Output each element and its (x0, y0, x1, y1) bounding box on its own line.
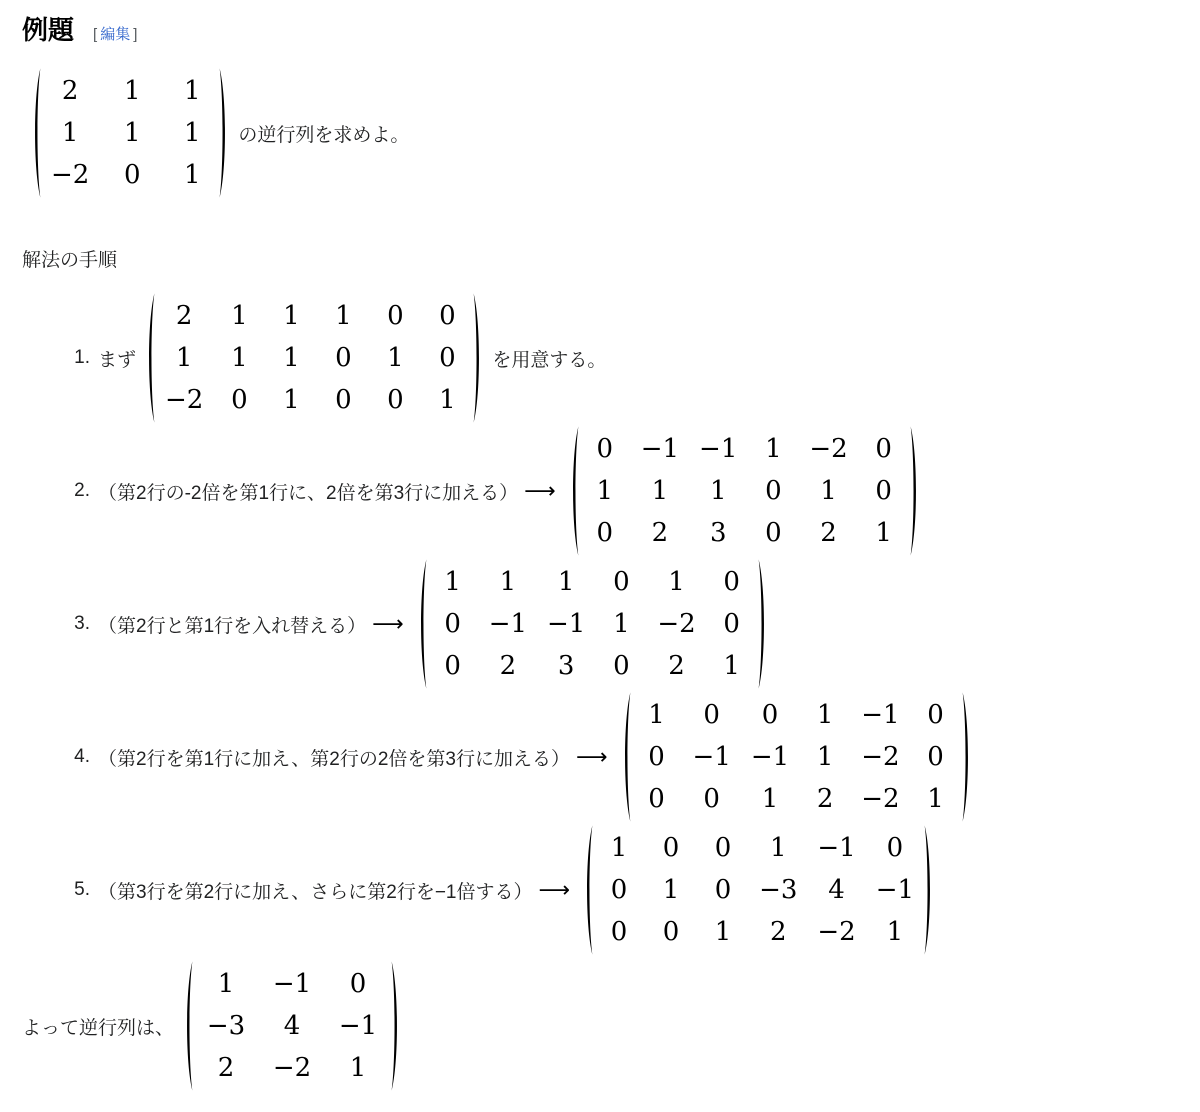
step-item-3: 3. （第2行と第1行を入れ替える） ⟶ 1110100−1−11−200230… (64, 558, 1190, 690)
matrix-cell: 0 (707, 869, 739, 911)
matrix-cell: 0 (693, 778, 731, 820)
matrix-cell: 1 (920, 778, 952, 820)
matrix-cell: −2 (861, 778, 899, 820)
matrix-cell: 1 (809, 736, 841, 778)
conclusion: よって逆行列は、 1−10−34−12−21 (22, 960, 1190, 1092)
matrix-cell: 0 (641, 778, 673, 820)
matrix-left-paren (144, 292, 157, 424)
matrix-right-paren (922, 824, 935, 956)
matrix-cell: 0 (603, 869, 635, 911)
steps-title: 解法の手順 (22, 245, 1190, 272)
long-right-arrow: ⟶ (576, 744, 608, 770)
matrix-cell: 1 (707, 911, 739, 953)
step-item-1: 1. まず 211100111010−201001 を用意する。 (64, 292, 1190, 424)
section-title: 例題 (22, 10, 74, 47)
matrix-left-paren (416, 558, 429, 690)
matrix-cell: 0 (605, 645, 637, 687)
matrix-cell: 0 (707, 827, 739, 869)
matrix-cell: 1 (809, 694, 841, 736)
matrix-cell: 0 (868, 428, 900, 470)
matrix-grid: 211111−201 (43, 67, 217, 199)
matrix-right-paren (471, 292, 484, 424)
edit-open-bracket: [ (93, 26, 97, 43)
matrix-cell: −1 (547, 603, 585, 645)
matrix-left-paren (620, 691, 633, 823)
matrix-cell: 1 (115, 112, 149, 154)
step-number: 3. (64, 613, 90, 635)
matrix-cell: 3 (547, 645, 585, 687)
matrix-cell: −1 (269, 963, 315, 1005)
matrix-cell: −2 (51, 154, 89, 196)
matrix-cell: 1 (223, 337, 255, 379)
matrix-cell: −2 (165, 379, 203, 421)
matrix-cell: 1 (327, 295, 359, 337)
matrix-cell: 1 (437, 561, 469, 603)
matrix-cell: 2 (203, 1047, 249, 1089)
matrix-grid: 1−10−34−12−21 (195, 960, 389, 1092)
edit-link[interactable]: 編集 (100, 26, 130, 43)
step-item-5: 5. （第3行を第2行に加え、さらに第2行を−1倍する） ⟶ 1001−1001… (64, 824, 1190, 956)
matrix-cell: 4 (269, 1005, 315, 1047)
matrix-cell: 2 (657, 645, 695, 687)
matrix-cell: 1 (203, 963, 249, 1005)
matrix-cell: 1 (175, 70, 209, 112)
matrix-grid: 0−1−11−20111010023021 (581, 425, 908, 557)
matrix-cell: 1 (751, 778, 789, 820)
matrix-cell: 1 (223, 295, 255, 337)
matrix-cell: 0 (431, 295, 463, 337)
problem-statement: 211111−201 の逆行列を求めよ。 (22, 67, 1190, 199)
matrix-cell: 0 (327, 379, 359, 421)
matrix-cell: 1 (431, 379, 463, 421)
matrix-cell: −2 (269, 1047, 315, 1089)
matrix-cell: 0 (868, 470, 900, 512)
matrix-cell: 0 (379, 295, 411, 337)
step-matrix: 1110100−1−11−20023021 (416, 558, 769, 690)
matrix-cell: −2 (657, 603, 695, 645)
matrix-cell: 0 (603, 911, 635, 953)
matrix-cell: 1 (868, 512, 900, 554)
matrix-cell: −2 (809, 428, 847, 470)
matrix-cell: 1 (716, 645, 748, 687)
matrix-cell: 1 (489, 561, 527, 603)
matrix-cell: 1 (547, 561, 585, 603)
matrix-cell: 1 (759, 827, 797, 869)
problem-text: の逆行列を求めよ。 (238, 120, 409, 147)
matrix-cell: 0 (641, 736, 673, 778)
matrix-cell: 2 (759, 911, 797, 953)
matrix-cell: 0 (655, 911, 687, 953)
step-item-4: 4. （第2行を第1行に加え、第2行の2倍を第3行に加える） ⟶ 1001−10… (64, 691, 1190, 823)
matrix-cell: 1 (165, 337, 203, 379)
matrix-right-paren (908, 425, 921, 557)
step-matrix: 1001−10010−34−10012−21 (582, 824, 935, 956)
matrix-cell: 1 (379, 337, 411, 379)
matrix-cell: 1 (641, 694, 673, 736)
matrix-cell: 1 (876, 911, 914, 953)
step-text: まず (98, 345, 136, 372)
matrix-cell: 2 (51, 70, 89, 112)
matrix-cell: −2 (817, 911, 855, 953)
matrix-cell: −1 (693, 736, 731, 778)
matrix-cell: 0 (223, 379, 255, 421)
matrix-cell: 0 (589, 428, 621, 470)
matrix-cell: 0 (431, 337, 463, 379)
matrix-cell: 2 (809, 778, 841, 820)
matrix-cell: 0 (589, 512, 621, 554)
matrix-cell: −1 (489, 603, 527, 645)
matrix-cell: 1 (335, 1047, 381, 1089)
matrix-cell: −3 (759, 869, 797, 911)
matrix-right-paren (960, 691, 973, 823)
matrix-cell: 3 (699, 512, 737, 554)
section-heading: 例題 [編集] (22, 10, 1190, 47)
matrix-right-paren (389, 960, 402, 1092)
matrix-grid: 1110100−1−11−20023021 (429, 558, 756, 690)
matrix-cell: 1 (275, 295, 307, 337)
matrix-cell: 0 (115, 154, 149, 196)
matrix-cell: 0 (757, 512, 789, 554)
matrix-cell: −1 (335, 1005, 381, 1047)
matrix-cell: 1 (275, 337, 307, 379)
step-number: 2. (64, 480, 90, 502)
matrix-cell: 0 (876, 827, 914, 869)
matrix-left-paren (182, 960, 195, 1092)
matrix-cell: 0 (335, 963, 381, 1005)
long-right-arrow: ⟶ (539, 877, 571, 903)
matrix-right-paren (756, 558, 769, 690)
matrix-cell: 1 (699, 470, 737, 512)
matrix-cell: 0 (716, 603, 748, 645)
matrix-cell: 1 (655, 869, 687, 911)
matrix-cell: 2 (641, 512, 679, 554)
matrix-cell: 1 (115, 70, 149, 112)
matrix-cell: 0 (757, 470, 789, 512)
matrix-cell: 0 (920, 694, 952, 736)
matrix-cell: 1 (809, 470, 847, 512)
edit-section: [編集] (90, 23, 140, 44)
step-text-after: を用意する。 (492, 345, 606, 372)
step-text: （第3行を第2行に加え、さらに第2行を−1倍する） (98, 877, 533, 904)
matrix-cell: 1 (175, 154, 209, 196)
matrix-cell: 1 (589, 470, 621, 512)
matrix-cell: 0 (655, 827, 687, 869)
steps-list: 1. まず 211100111010−201001 を用意する。 2. （第2行… (64, 292, 1190, 956)
matrix-cell: 0 (920, 736, 952, 778)
matrix-cell: 1 (605, 603, 637, 645)
matrix-cell: −1 (751, 736, 789, 778)
matrix-grid: 1001−100−1−11−200012−21 (633, 691, 960, 823)
matrix-cell: 0 (379, 379, 411, 421)
conclusion-matrix: 1−10−34−12−21 (182, 960, 402, 1092)
problem-matrix: 211111−201 (30, 67, 230, 199)
matrix-cell: 0 (693, 694, 731, 736)
matrix-cell: −3 (203, 1005, 249, 1047)
step-matrix: 211100111010−201001 (144, 292, 484, 424)
step-text: （第2行と第1行を入れ替える） (98, 611, 366, 638)
matrix-cell: 1 (275, 379, 307, 421)
step-matrix: 0−1−11−20111010023021 (568, 425, 921, 557)
matrix-cell: 0 (437, 603, 469, 645)
matrix-cell: 0 (716, 561, 748, 603)
matrix-cell: 2 (489, 645, 527, 687)
matrix-left-paren (568, 425, 581, 557)
long-right-arrow: ⟶ (524, 478, 556, 504)
matrix-cell: 0 (437, 645, 469, 687)
matrix-cell: −2 (861, 736, 899, 778)
matrix-cell: −1 (641, 428, 679, 470)
step-number: 4. (64, 746, 90, 768)
matrix-cell: 0 (751, 694, 789, 736)
matrix-cell: −1 (817, 827, 855, 869)
matrix-cell: 2 (165, 295, 203, 337)
step-number: 5. (64, 879, 90, 901)
matrix-cell: 1 (603, 827, 635, 869)
matrix-cell: 1 (641, 470, 679, 512)
matrix-cell: 1 (51, 112, 89, 154)
matrix-cell: 1 (657, 561, 695, 603)
step-text: （第2行の-2倍を第1行に、2倍を第3行に加える） (98, 478, 518, 505)
matrix-cell: 0 (327, 337, 359, 379)
matrix-cell: −1 (876, 869, 914, 911)
matrix-left-paren (30, 67, 43, 199)
matrix-cell: −1 (861, 694, 899, 736)
matrix-right-paren (217, 67, 230, 199)
article-content: 例題 [編集] 211111−201 の逆行列を求めよ。 解法の手順 1. まず… (0, 0, 1200, 1112)
matrix-cell: −1 (699, 428, 737, 470)
matrix-cell: 1 (757, 428, 789, 470)
matrix-grid: 1001−10010−34−10012−21 (595, 824, 922, 956)
matrix-left-paren (582, 824, 595, 956)
long-right-arrow: ⟶ (372, 611, 404, 637)
step-matrix: 1001−100−1−11−200012−21 (620, 691, 973, 823)
matrix-grid: 211100111010−201001 (157, 292, 471, 424)
matrix-cell: 1 (175, 112, 209, 154)
matrix-cell: 4 (817, 869, 855, 911)
matrix-cell: 0 (605, 561, 637, 603)
step-text: （第2行を第1行に加え、第2行の2倍を第3行に加える） (98, 744, 570, 771)
conclusion-text: よって逆行列は、 (22, 1013, 174, 1040)
step-number: 1. (64, 347, 90, 369)
matrix-cell: 2 (809, 512, 847, 554)
step-item-2: 2. （第2行の-2倍を第1行に、2倍を第3行に加える） ⟶ 0−1−11−20… (64, 425, 1190, 557)
edit-close-bracket: ] (133, 26, 137, 43)
